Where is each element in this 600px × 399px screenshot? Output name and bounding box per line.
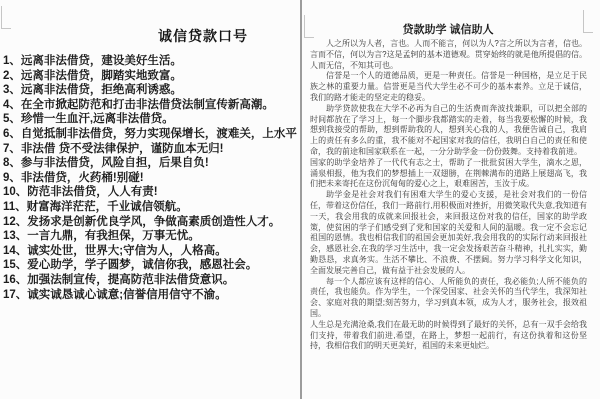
essay-paragraph: 信誉是一个人的道德品质，更是一种责任。信誉是一种国格，是立足于民族之林的重要力量… [310, 71, 587, 103]
page-right[interactable]: 贷款助学 诚信助人 人之所以为人者，言也。人而不能言，何以为人?言之所以为言者，… [302, 0, 600, 399]
essay-body: 人之所以为人者，言也。人而不能言，何以为人?言之所以为言者，信也。言而不信，何以… [310, 39, 587, 352]
slogan-item: 17、诚实诚恳诚心诚意;信誉信用信守不渝。 [3, 288, 299, 303]
page-margin-mark [1, 6, 11, 29]
slogan-list: 1、远离非法借贷，建设美好生活。 2、远离非法借贷，脚踏实地致富。 3、远离非法… [3, 54, 299, 302]
slogan-item: 3、远离非法借贷，拒绝高利诱惑。 [3, 83, 299, 98]
slogan-item: 9、非法借贷，火药桶!别碰! [3, 171, 299, 186]
document-view: 诚信贷款口号 1、远离非法借贷，建设美好生活。 2、远离非法借贷，脚踏实地致富。… [0, 0, 600, 399]
slogan-item: 2、远离非法借贷，脚踏实地致富。 [3, 69, 299, 84]
slogan-item: 15、爱心助学，学子圆梦，诚信你我，感恩社会。 [3, 258, 299, 273]
slogan-item: 13、一言九鼎，有我担保，万事无忧。 [3, 229, 299, 244]
slogan-item: 8、参与非法借贷，风险自担，后果自负! [3, 156, 299, 171]
essay-paragraph: 人生总是充满沧桑,我们在最无助的时候得到了最好的关怀，总有一双手会给我们支持，带… [310, 320, 587, 352]
slogan-item: 4、在全市掀起防范和打击非法借贷法制宣传新高潮。 [3, 98, 299, 113]
left-page-title: 诚信贷款口号 [110, 26, 296, 46]
slogan-item: 6、自觉抵制非法借贷，努力实现保增长，渡难关，上水平 [3, 127, 299, 142]
slogan-item: 7、非法借 贷不受法律保护，谨防血本无归! [3, 142, 299, 157]
essay-paragraph: 人之所以为人者，言也。人而不能言，何以为人?言之所以为言者，信也。言而不信，何以… [310, 39, 587, 71]
slogan-item: 1、远离非法借贷，建设美好生活。 [3, 54, 299, 69]
slogan-item: 12、发扬求是创新优良学风，争做高素质创造性人才。 [3, 215, 299, 230]
essay-paragraph: 助学金是社会对我们有困难大学生的爱心支援，是社会对我们的一份信任，带着这份信任，… [310, 190, 587, 276]
slogan-item: 14、诚实处世，世界大;守信为人，人格高。 [3, 244, 299, 259]
slogan-item: 16、加强法制宣传，提高防范非法借贷意识。 [3, 273, 299, 288]
essay-paragraph: 助学贷款使我在大学不必再为自己的生活费而奔波找兼职，可以把全部的时间都放在了学习… [310, 104, 587, 158]
slogan-item: 10、防范非法借贷，人人有责! [3, 185, 299, 200]
right-page-title: 贷款助学 诚信助人 [310, 21, 586, 37]
essay-paragraph: 国家的助学金培养了一代代有志之士，帮助了一批批贫困大学生，滴水之恩，涌泉相报，他… [310, 158, 587, 190]
slogan-item: 11、财富海洋茫茫，千业诚信领航。 [3, 200, 299, 215]
essay-paragraph: 每一个人都应该有这样的信心、人所能负的责任，我必能负;人所不能负的责任，我也能负… [310, 277, 587, 320]
page-left[interactable]: 诚信贷款口号 1、远离非法借贷，建设美好生活。 2、远离非法借贷，脚踏实地致富。… [0, 0, 300, 399]
slogan-item: 5、珍惜一生血汗,远离非法借贷。 [3, 112, 299, 127]
